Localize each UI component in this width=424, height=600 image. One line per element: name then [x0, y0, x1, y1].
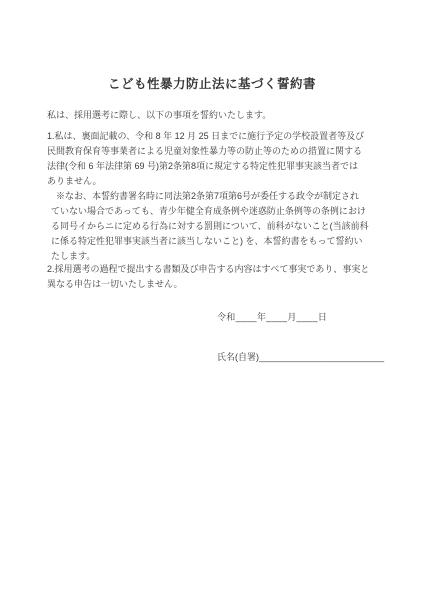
- clause-1: 1.私は、裏面記載の、令和 8 年 12 月 25 日までに施行予定の学校設置者…: [47, 129, 393, 189]
- date-fill-line: 令和____年____月____日: [217, 310, 327, 323]
- text-line: ※なお、本誓約書署名時に同法第2条第7項第6号が委任する政令が制定され: [51, 189, 393, 204]
- clause-2: 2.採用選考の過程で提出する書類及び申告する内容はすべて事実であり、事実と異なる…: [47, 262, 393, 292]
- text-line: 異なる申告は一切いたしません。: [47, 277, 393, 292]
- note-clause: ※なお、本誓約書署名時に同法第2条第7項第6号が委任する政令が制定されていない場…: [51, 189, 393, 264]
- text-line: 2.採用選考の過程で提出する書類及び申告する内容はすべて事実であり、事実と: [47, 262, 393, 277]
- document-title: こども性暴力防止法に基づく誓約書: [0, 74, 424, 92]
- text-line: ていない場合であっても、青少年健全育成条例や迷惑防止条例等の条例におけ: [51, 204, 393, 219]
- text-line: る同号イからニに定める行為に対する罰則について、前科がないこと(当該前科: [51, 219, 393, 234]
- text-line: 法律(令和 6 年法律第 69 号)第2条第8項に規定する特定性犯罪事実該当者で…: [47, 159, 393, 174]
- text-line: に係る特定性犯罪事実該当者に該当しないこと) を、本誓約書をもって誓約い: [51, 234, 393, 249]
- text-line: ありません。: [47, 174, 393, 189]
- signature-fill-line: 氏名(自署)_________________________: [217, 350, 384, 363]
- pledge-document-page: こども性暴力防止法に基づく誓約書 私は、採用選考に際し、以下の事項を誓約いたしま…: [0, 0, 424, 600]
- text-line: 民間教育保育等事業者による児童対象性暴力等の防止等のための措置に関する: [47, 144, 393, 159]
- text-line: 1.私は、裏面記載の、令和 8 年 12 月 25 日までに施行予定の学校設置者…: [47, 129, 393, 144]
- intro-line: 私は、採用選考に際し、以下の事項を誓約いたします。: [47, 108, 271, 121]
